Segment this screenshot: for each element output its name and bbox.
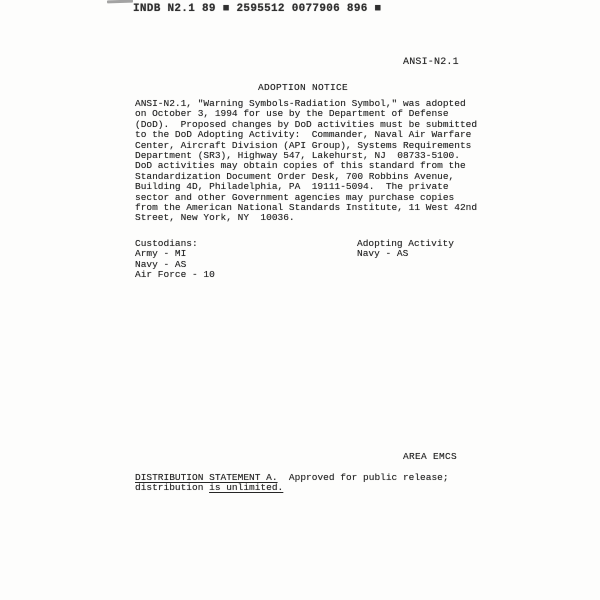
area-designator: AREA EMCS — [403, 451, 457, 462]
page-title: ADOPTION NOTICE — [258, 82, 348, 93]
adopting-activity: Adopting Activity Navy - AS — [357, 239, 454, 260]
distribution-statement-unlimited: is unlimited. — [209, 482, 283, 493]
standard-number: ANSI-N2.1 — [403, 57, 459, 68]
custodians-list: Custodians: Army - MI Navy - AS Air Forc… — [135, 239, 215, 281]
distribution-statement-label: DISTRIBUTION STATEMENT A. — [135, 472, 278, 483]
distribution-statement: DISTRIBUTION STATEMENT A. Approved for p… — [135, 473, 449, 494]
notice-body: ANSI-N2.1, "Warning Symbols-Radiation Sy… — [135, 99, 477, 224]
scan-artifact — [107, 0, 133, 3]
document-id-stamp: INDB N2.1 89 ■ 2595512 0077906 896 ■ — [133, 3, 381, 15]
scanned-document-page: INDB N2.1 89 ■ 2595512 0077906 896 ■ ANS… — [0, 0, 600, 600]
